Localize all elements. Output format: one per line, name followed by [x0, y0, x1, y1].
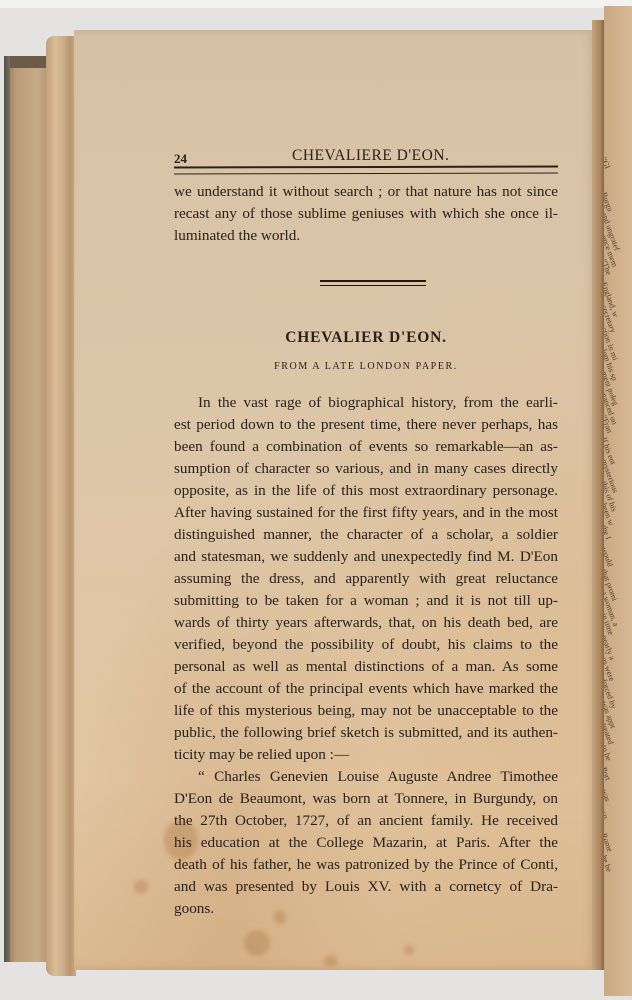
- text-line: After having sustained for the first fif…: [174, 502, 558, 524]
- running-head-title: CHEVALIERE D'EON.: [292, 147, 449, 165]
- text-line: been found a combination of events so re…: [174, 436, 558, 458]
- facing-text-fragment: would: [604, 546, 615, 568]
- text-line: distinguished manner, the character of a…: [174, 524, 558, 546]
- text-line: wards of thirty years afterwards, that, …: [174, 612, 558, 634]
- text-line: his education at the College Mazarin, at…: [174, 832, 558, 854]
- page-number: 24: [174, 151, 187, 167]
- foxing-stain: [134, 880, 148, 894]
- text-line: recast any of those sublime geniuses wit…: [174, 203, 558, 225]
- text-line: and was presented by Louis XV. with a co…: [174, 876, 558, 898]
- text-line: personal as well as mental distinctions …: [174, 656, 558, 678]
- facing-text-fragment: “Gl: [604, 156, 612, 170]
- facing-text-fragment: he be: [604, 854, 614, 873]
- text-line: luminated the world.: [174, 225, 558, 247]
- continued-paragraph: we understand it without search ; or tha…: [174, 181, 558, 247]
- text-line: submitting to be taken for a woman ; and…: [174, 590, 558, 612]
- text-line: ticity may be relied upon :—: [174, 744, 558, 766]
- foxing-stain: [324, 955, 338, 967]
- text-line: D'Eon de Beaumont, was born at Tonnere, …: [174, 788, 558, 810]
- text-line: verified, beyond the possibility of doub…: [174, 634, 558, 656]
- facing-text-fragment: so: [604, 810, 610, 820]
- cover-spine-shadow: [4, 56, 10, 962]
- text-line: the 27th October, 1727, of an ancient fa…: [174, 810, 558, 832]
- text-line: public, the following brief sketch is su…: [174, 722, 558, 744]
- text-line: and statesman, we suddenly and unexpecte…: [174, 546, 558, 568]
- section-separator-rule: [320, 280, 426, 286]
- facing-text-fragment: was: [604, 788, 612, 803]
- facing-text-fragment: Burgu: [604, 191, 615, 213]
- article-title: CHEVALIER D'EON.: [174, 329, 558, 347]
- facing-page-edge: “Gl Burgu and ungratef once mem “The Eng…: [604, 6, 632, 996]
- facing-text-fragment: the I: [604, 524, 613, 541]
- text-line: In the vast rage of biographical history…: [174, 392, 558, 414]
- header-double-rule: [174, 165, 558, 174]
- text-line: life of this mysterious being, may not b…: [174, 700, 558, 722]
- article-paragraph-2: “ Charles Genevien Louise Auguste Andree…: [174, 766, 558, 920]
- page-stack-edge: [46, 36, 76, 976]
- foxing-stain: [244, 930, 270, 956]
- text-line: of the account of the principal events w…: [174, 678, 558, 700]
- text-line: “ Charles Genevien Louise Auguste Andree…: [174, 766, 558, 788]
- running-head: 24 CHEVALIERE D'EON.: [174, 147, 558, 165]
- text-line: est period down to the present time, the…: [174, 414, 558, 436]
- text-line: assuming the dress, and apparently with …: [174, 568, 558, 590]
- article-paragraph-1: In the vast rage of biographical history…: [174, 392, 558, 766]
- text-line: death of his father, he was patronized b…: [174, 854, 558, 876]
- facing-text-fragment: Rome: [604, 832, 615, 853]
- text-line: sumption of character so various, and in…: [174, 458, 558, 480]
- text-line: we understand it without search ; or tha…: [174, 181, 558, 203]
- text-line: opposite, as in the life of this most ex…: [174, 480, 558, 502]
- text-line: goons.: [174, 898, 558, 920]
- facing-text-fragment: Port: [604, 766, 613, 782]
- article-source: FROM A LATE LONDON PAPER.: [174, 361, 558, 372]
- foxing-stain: [404, 945, 414, 955]
- photo-backdrop: [0, 0, 632, 8]
- facing-text-fragment: to be: [604, 744, 613, 762]
